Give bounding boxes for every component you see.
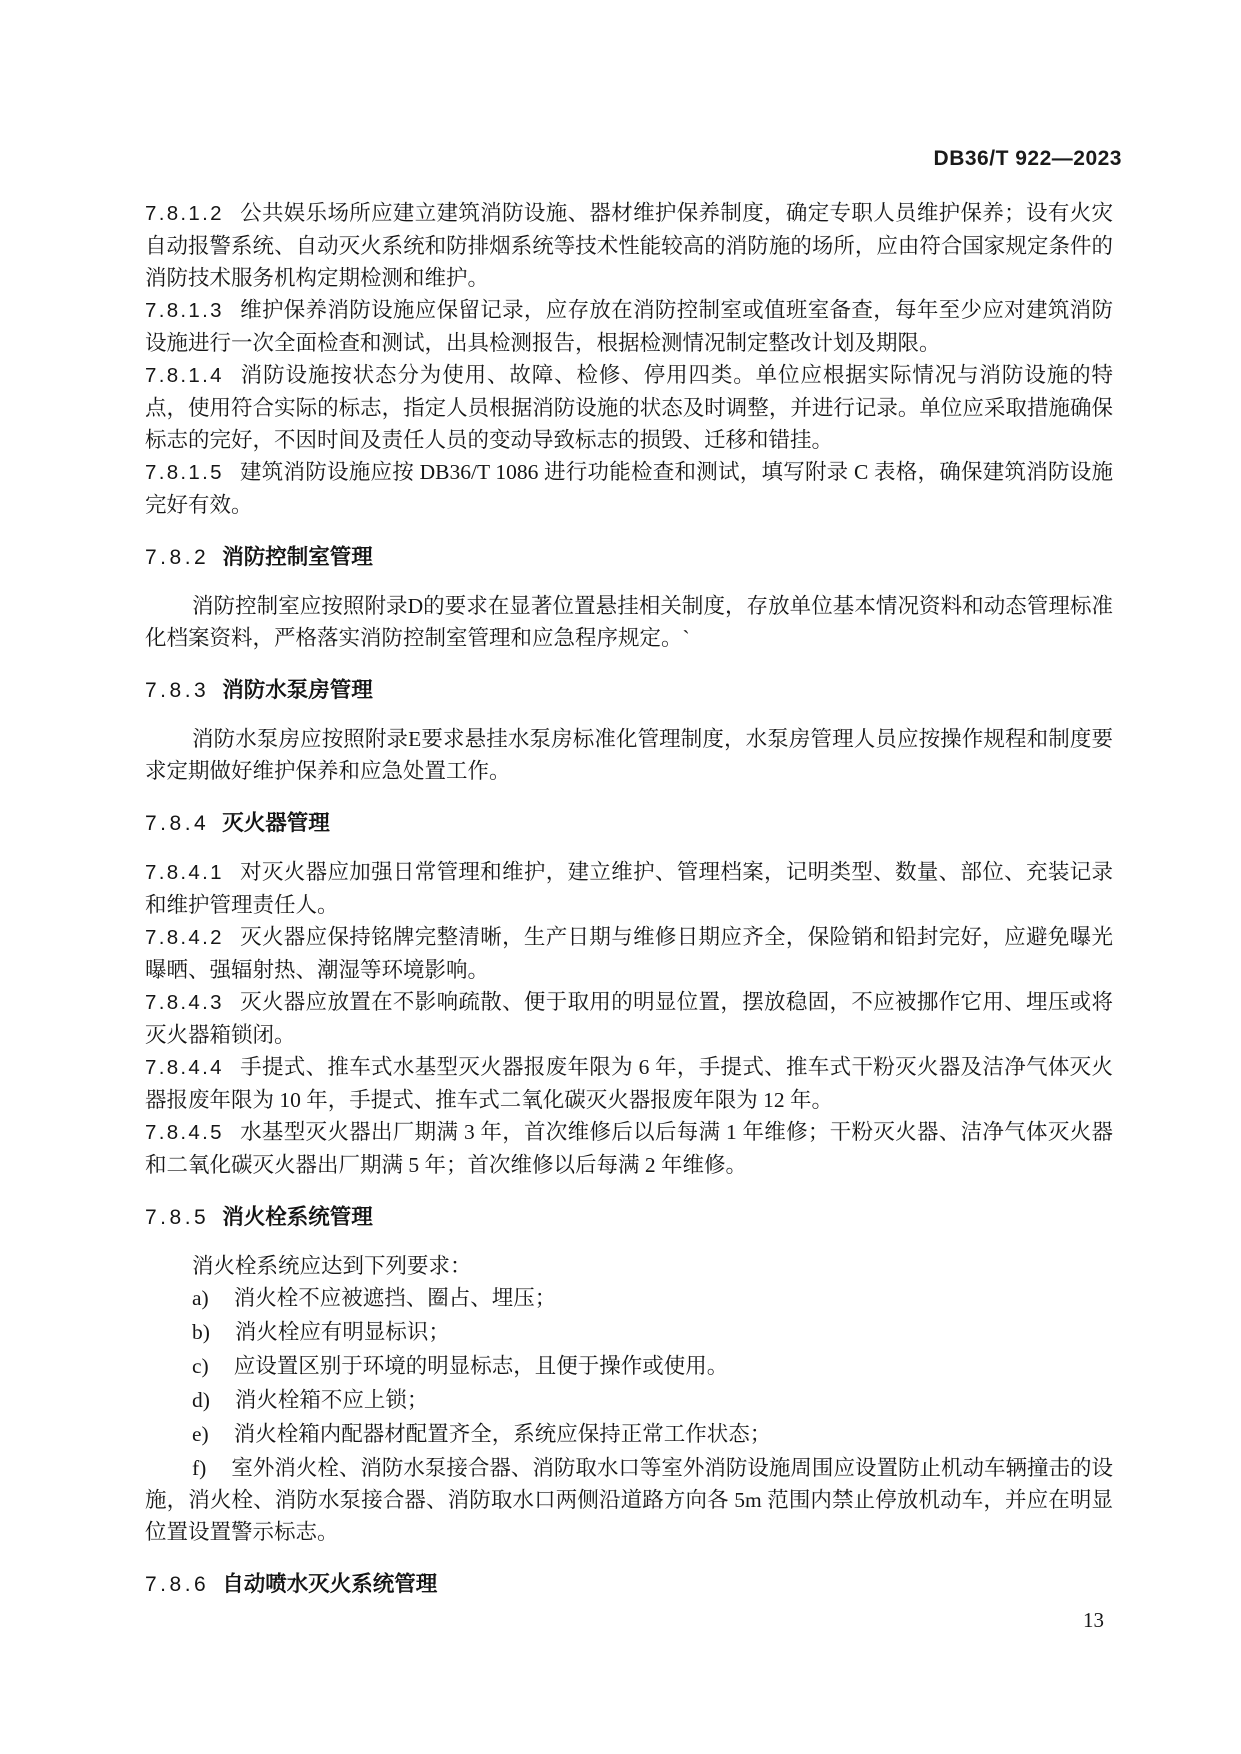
section-heading-7-8-5: 7.8.5消火栓系统管理 <box>145 1201 1113 1234</box>
clause-text: 灭火器应放置在不影响疏散、便于取用的明显位置，摆放稳固，不应被挪作它用、埋压或将… <box>145 990 1113 1047</box>
clause-7-8-1-4: 7.8.1.4消防设施按状态分为使用、故障、检修、停用四类。单位应根据实际情况与… <box>145 359 1113 456</box>
clause-text: 维护保养消防设施应保留记录，应存放在消防控制室或值班室备查，每年至少应对建筑消防… <box>145 298 1113 355</box>
list-marker: a) <box>192 1286 209 1310</box>
list-text: 消火栓不应被遮挡、圈占、埋压； <box>234 1286 557 1310</box>
clause-text: 建筑消防设施应按 DB36/T 1086 进行功能检查和测试，填写附录 C 表格… <box>145 460 1113 517</box>
list-text: 室外消火栓、消防水泵接合器、消防取水口等室外消防设施周围应设置防止机动车辆撞击的… <box>145 1456 1113 1544</box>
clause-number: 7.8.4.3 <box>145 991 224 1014</box>
list-item-f: f)室外消火栓、消防水泵接合器、消防取水口等室外消防设施周围应设置防止机动车辆撞… <box>145 1452 1113 1548</box>
section-heading-7-8-3: 7.8.3消防水泵房管理 <box>145 674 1113 707</box>
clause-text: 公共娱乐场所应建立建筑消防设施、器材维护保养制度，确定专职人员维护保养；设有火灾… <box>145 201 1113 290</box>
clause-text: 手提式、推车式水基型灭火器报废年限为 6 年，手提式、推车式干粉灭火器及洁净气体… <box>145 1055 1113 1112</box>
page-content: 7.8.1.2公共娱乐场所应建立建筑消防设施、器材维护保养制度，确定专职人员维护… <box>145 197 1113 1617</box>
clause-text: 对灭火器应加强日常管理和维护，建立维护、管理档案，记明类型、数量、部位、充装记录… <box>145 860 1113 917</box>
section-number: 7.8.6 <box>145 1573 209 1596</box>
list-text: 消火栓箱不应上锁； <box>235 1388 429 1412</box>
clause-7-8-4-4: 7.8.4.4手提式、推车式水基型灭火器报废年限为 6 年，手提式、推车式干粉灭… <box>145 1051 1113 1116</box>
list-marker: c) <box>192 1354 209 1378</box>
clause-number: 7.8.4.2 <box>145 926 224 949</box>
section-heading-7-8-2: 7.8.2消防控制室管理 <box>145 541 1113 574</box>
clause-number: 7.8.4.1 <box>145 861 224 884</box>
clause-number: 7.8.1.2 <box>145 202 224 225</box>
document-page: DB36/T 922—2023 7.8.1.2公共娱乐场所应建立建筑消防设施、器… <box>0 0 1241 1754</box>
clause-number: 7.8.4.5 <box>145 1121 224 1144</box>
clause-7-8-1-2: 7.8.1.2公共娱乐场所应建立建筑消防设施、器材维护保养制度，确定专职人员维护… <box>145 197 1113 294</box>
list-item-e: e)消火栓箱内配器材配置齐全，系统应保持正常工作状态； <box>145 1418 1113 1450</box>
list-marker: d) <box>192 1388 210 1412</box>
section-number: 7.8.2 <box>145 546 209 569</box>
section-number: 7.8.4 <box>145 812 209 835</box>
section-heading-7-8-6: 7.8.6自动喷水灭火系统管理 <box>145 1568 1113 1601</box>
section-title: 灭火器管理 <box>222 811 330 835</box>
clause-7-8-4-2: 7.8.4.2灭火器应保持铭牌完整清晰，生产日期与维修日期应齐全，保险销和铅封完… <box>145 921 1113 986</box>
list-text: 消火栓应有明显标识； <box>235 1320 450 1344</box>
clause-7-8-1-3: 7.8.1.3维护保养消防设施应保留记录，应存放在消防控制室或值班室备查，每年至… <box>145 294 1113 359</box>
clause-text: 水基型灭火器出厂期满 3 年，首次维修后以后每满 1 年维修；干粉灭火器、洁净气… <box>145 1120 1113 1177</box>
list-marker: f) <box>192 1456 206 1480</box>
page-number: 13 <box>1083 1608 1104 1633</box>
list-item-c: c)应设置区别于环境的明显标志，且便于操作或使用。 <box>145 1350 1113 1382</box>
clause-text: 灭火器应保持铭牌完整清晰，生产日期与维修日期应齐全，保险销和铅封完好，应避免曝光… <box>145 925 1113 982</box>
paragraph-pump-room: 消防水泵房应按照附录E要求悬挂水泵房标准化管理制度，水泵房管理人员应按操作规程和… <box>145 723 1113 787</box>
list-marker: e) <box>192 1422 209 1446</box>
paragraph-hydrant-intro: 消火栓系统应达到下列要求： <box>145 1250 1113 1282</box>
section-heading-7-8-4: 7.8.4灭火器管理 <box>145 807 1113 840</box>
paragraph-control-room: 消防控制室应按照附录D的要求在显著位置悬挂相关制度，存放单位基本情况资料和动态管… <box>145 590 1113 654</box>
list-text: 应设置区别于环境的明显标志，且便于操作或使用。 <box>234 1354 729 1378</box>
clause-number: 7.8.1.4 <box>145 364 224 387</box>
list-marker: b) <box>192 1320 210 1344</box>
section-title: 消防水泵房管理 <box>222 678 373 702</box>
standard-code-header: DB36/T 922—2023 <box>934 147 1122 171</box>
clause-text: 消防设施按状态分为使用、故障、检修、停用四类。单位应根据实际情况与消防设施的特点… <box>145 363 1113 452</box>
section-title: 消防控制室管理 <box>222 545 373 569</box>
clause-7-8-1-5: 7.8.1.5建筑消防设施应按 DB36/T 1086 进行功能检查和测试，填写… <box>145 456 1113 521</box>
list-item-b: b)消火栓应有明显标识； <box>145 1316 1113 1348</box>
list-item-a: a)消火栓不应被遮挡、圈占、埋压； <box>145 1282 1113 1314</box>
clause-number: 7.8.1.5 <box>145 461 224 484</box>
clause-7-8-4-1: 7.8.4.1对灭火器应加强日常管理和维护，建立维护、管理档案，记明类型、数量、… <box>145 856 1113 921</box>
clause-number: 7.8.1.3 <box>145 299 224 322</box>
section-number: 7.8.5 <box>145 1206 209 1229</box>
clause-7-8-4-3: 7.8.4.3灭火器应放置在不影响疏散、便于取用的明显位置，摆放稳固，不应被挪作… <box>145 986 1113 1051</box>
clause-number: 7.8.4.4 <box>145 1056 224 1079</box>
clause-7-8-4-5: 7.8.4.5水基型灭火器出厂期满 3 年，首次维修后以后每满 1 年维修；干粉… <box>145 1116 1113 1181</box>
section-title: 自动喷水灭火系统管理 <box>222 1572 437 1596</box>
list-item-d: d)消火栓箱不应上锁； <box>145 1384 1113 1416</box>
section-number: 7.8.3 <box>145 679 209 702</box>
section-title: 消火栓系统管理 <box>222 1205 373 1229</box>
list-text: 消火栓箱内配器材配置齐全，系统应保持正常工作状态； <box>234 1422 772 1446</box>
